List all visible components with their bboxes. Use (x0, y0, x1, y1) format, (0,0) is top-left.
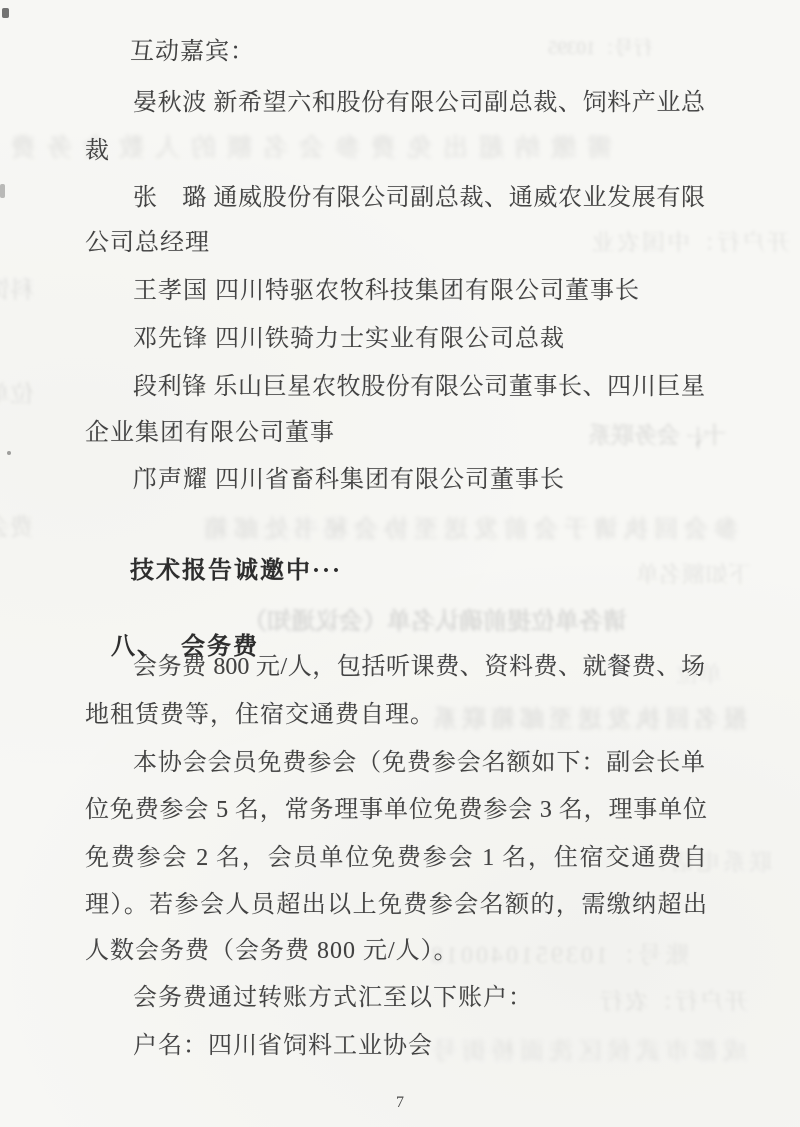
bleedthrough-text: 位单 (0, 374, 34, 409)
body-line: 会务费 800 元/人，包括听课费、资料费、就餐费、场 (133, 653, 705, 681)
bleedthrough-text: 参会回执请于会前发送至协会秘书处邮箱 (198, 509, 738, 544)
bleedthrough-text: 成都市武侯区洗面桥街号 (428, 1031, 747, 1066)
guest-entry-line: 王孝国 四川特驱农牧科技集团有限公司董事长 (133, 277, 640, 305)
bleedthrough-text: 费会 (0, 507, 34, 542)
bleedthrough-text: 请各单位提前确认名单（会议通知） (243, 601, 627, 636)
body-line: 免费参会 2 名，会员单位免费参会 1 名，住宿交通费自 (85, 844, 707, 872)
tech-report-note: 技术报告诚邀中··· (130, 557, 342, 585)
bleedthrough-text: 下如额名单 (636, 556, 751, 589)
guest-entry-line: 公司总经理 (85, 229, 210, 257)
scan-speck (7, 451, 11, 455)
body-line: 位免费参会 5 名，常务理事单位免费参会 3 名，理事单位 (85, 796, 707, 824)
guest-entry-line: 晏秋波 新希望六和股份有限公司副总裁、饲料产业总 (133, 89, 705, 117)
guest-entry-line: 邓先锋 四川铁骑力士实业有限公司总裁 (133, 325, 565, 353)
bleedthrough-text: 十、会务联系 (588, 417, 726, 450)
bleedthrough-text: 科饲 (0, 270, 34, 305)
body-line: 人数会务费（会务费 800 元/人）。 (85, 937, 459, 965)
guest-section-label: 互动嘉宾： (130, 38, 255, 66)
guest-entry-line: 段利锋 乐山巨星农牧股份有限公司董事长、四川巨星 (133, 373, 705, 401)
bleedthrough-text: 开户行：农行 (598, 983, 748, 1016)
bleedthrough-text: 行号：10395 (548, 33, 653, 60)
bleedthrough-text: 报名回执发送至邮箱联系 (428, 699, 747, 734)
body-line: 本协会会员免费参会（免费参会名额如下：副会长单 (133, 749, 705, 777)
scan-speck (2, 8, 9, 18)
guest-entry-line: 张 璐 通威股份有限公司副总裁、通威农业发展有限 (133, 184, 705, 212)
page-number: 7 (0, 1094, 800, 1112)
body-line: 地租赁费等，住宿交通费自理。 (85, 701, 435, 729)
scanned-document-page: 行号：10395 需缴纳超出免费参会名额的人数会务费 开户行：中国农业 科饲 位… (0, 0, 800, 1127)
body-line: 理）。若参会人员超出以上免费参会名额的，需缴纳超出 (85, 891, 707, 919)
body-line: 户名：四川省饲料工业协会 (133, 1032, 433, 1060)
bleedthrough-text: 十 (686, 419, 710, 454)
bleedthrough-text: 账号：103951040018 (428, 935, 689, 970)
bleedthrough-text: 开户行：中国农业 (590, 224, 790, 257)
guest-entry-line: 邝声耀 四川省畜科集团有限公司董事长 (133, 466, 565, 494)
guest-entry-line: 企业集团有限公司董事 (85, 419, 335, 447)
scan-speck (0, 184, 5, 198)
guest-entry-line: 裁 (85, 137, 110, 165)
body-line: 会务费通过转账方式汇至以下账户： (133, 984, 533, 1012)
